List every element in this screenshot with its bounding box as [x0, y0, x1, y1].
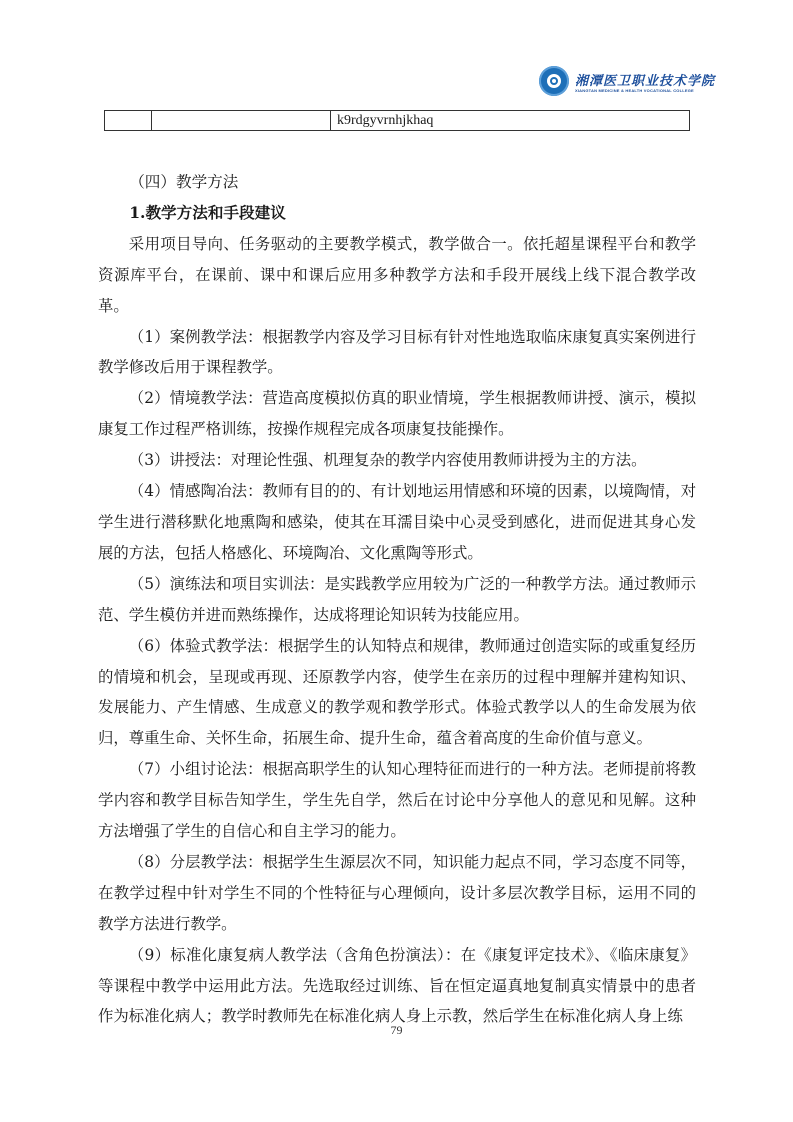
- paragraph-drill-practice: （5）演练法和项目实训法：是实践教学应用较为广泛的一种教学方法。通过教师示范、学…: [98, 569, 696, 631]
- paragraph-experiential-teaching: （6）体验式教学法：根据学生的认知特点和规律，教师通过创造实际的或重复经历的情境…: [98, 631, 696, 755]
- document-body: （四）教学方法 1.教学方法和手段建议 采用项目导向、任务驱动的主要教学模式，教…: [98, 167, 696, 1032]
- college-logo: 湘潭医卫职业技术学院 XIANGTAN MEDICINE & HEALTH VO…: [538, 64, 698, 102]
- table-cell: k9rdgyvrnhjkhaq: [331, 111, 689, 130]
- page-number: 79: [0, 1023, 793, 1038]
- table-cell: [152, 111, 331, 130]
- paragraph-standardized-patient: （9）标准化康复病人教学法（含角色扮演法）：在《康复评定技术》、《临床康复》等课…: [98, 940, 696, 1033]
- paragraph-group-discussion: （7）小组讨论法：根据高职学生的认知心理特征而进行的一种方法。老师提前将教学内容…: [98, 754, 696, 847]
- college-name-en: XIANGTAN MEDICINE & HEALTH VOCATIONAL CO…: [575, 88, 694, 93]
- paragraph-lecture: （3）讲授法：对理论性强、机理复杂的教学内容使用教师讲授为主的方法。: [98, 445, 696, 476]
- paragraph-case-teaching: （1）案例教学法：根据教学内容及学习目标有针对性地选取临床康复真实案例进行教学修…: [98, 322, 696, 384]
- paragraph-emotional-cultivation: （4）情感陶冶法：教师有目的的、有计划地运用情感和环境的因素，以境陶情，对学生进…: [98, 476, 696, 569]
- subsection-title: 1.教学方法和手段建议: [98, 198, 696, 229]
- paragraph-intro: 采用项目导向、任务驱动的主要教学模式，教学做合一。依托超星课程平台和教学资源库平…: [98, 229, 696, 322]
- college-name-cn: 湘潭医卫职业技术学院: [575, 70, 715, 89]
- college-emblem-icon: [539, 66, 569, 96]
- paragraph-situational-teaching: （2）情境教学法：营造高度模拟仿真的职业情境，学生根据教师讲授、演示，模拟康复工…: [98, 383, 696, 445]
- section-title: （四）教学方法: [98, 167, 696, 198]
- paragraph-tiered-teaching: （8）分层教学法：根据学生生源层次不同，知识能力起点不同，学习态度不同等，在教学…: [98, 847, 696, 940]
- table-row: k9rdgyvrnhjkhaq: [104, 110, 690, 131]
- table-cell: [105, 111, 152, 130]
